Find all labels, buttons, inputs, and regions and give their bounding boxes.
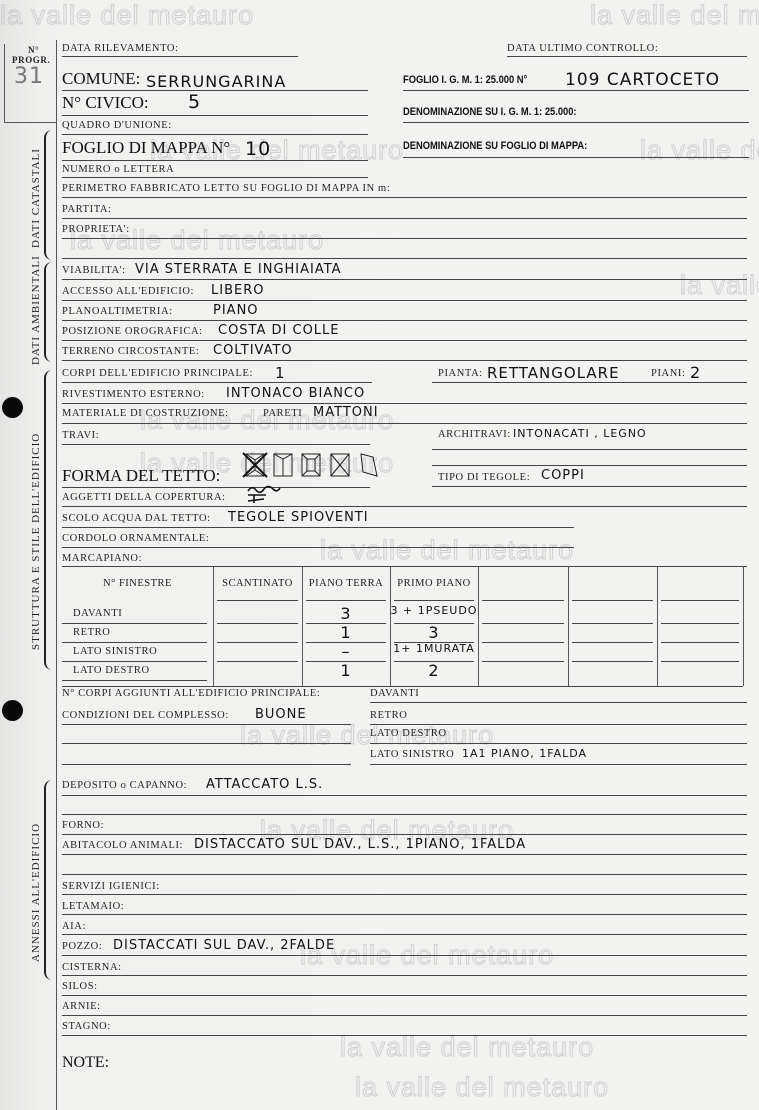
watermark: la valle del metauro xyxy=(355,1072,609,1103)
architravi-label: ARCHITRAVI: xyxy=(438,429,511,440)
forno-label: FORNO: xyxy=(62,820,104,831)
table-header-rule xyxy=(661,600,739,601)
stagno-label: STAGNO: xyxy=(62,1021,111,1032)
cisterna-label: CISTERNA: xyxy=(62,962,122,973)
pianta-field-line xyxy=(432,382,747,383)
terreno-field-line xyxy=(62,360,747,361)
watermark: la valle del metauro xyxy=(590,0,759,31)
pozzo-field-line xyxy=(62,955,747,956)
deposito-label: DEPOSITO o CAPANNO: xyxy=(62,780,187,791)
foglio-mappa-value[interactable]: 10 xyxy=(245,138,271,160)
tipo-tegole-label: TIPO DI TEGOLE: xyxy=(438,472,530,483)
plano-value[interactable]: PIANO xyxy=(213,303,259,318)
posizione-field-line xyxy=(62,340,747,341)
pareti-value[interactable]: MATTONI xyxy=(313,405,379,420)
table-header-rule xyxy=(572,600,653,601)
pozzo-label: POZZO: xyxy=(62,941,102,952)
accesso-field-line xyxy=(62,300,747,301)
deposito-value[interactable]: ATTACCATO L.S. xyxy=(206,777,323,792)
letamaio-field[interactable] xyxy=(62,914,747,915)
table-row-label: DAVANTI xyxy=(73,608,122,619)
condizioni-field-line xyxy=(62,724,351,725)
deposito-field-line2[interactable] xyxy=(62,814,747,815)
section-brace xyxy=(44,130,54,260)
table-cell-rule xyxy=(661,642,739,643)
materiale-label: MATERIALE DI COSTRUZIONE: xyxy=(62,408,229,419)
civico-label: N° CIVICO: xyxy=(62,93,149,113)
viabilita-label: VIABILITA': xyxy=(62,265,126,276)
table-cell-rule xyxy=(217,623,298,624)
data-ultimo-controllo-label: DATA ULTIMO CONTROLLO: xyxy=(507,43,658,54)
travi-label: TRAVI: xyxy=(62,430,99,441)
aggiunti-davanti-label: DAVANTI xyxy=(370,688,419,699)
prog-label-n: N° xyxy=(28,45,39,55)
table-column-divider xyxy=(743,566,744,686)
posizione-value[interactable]: COSTA DI COLLE xyxy=(218,323,340,338)
table-cell-rule xyxy=(661,623,739,624)
table-cell[interactable]: 1 xyxy=(302,661,390,680)
table-row-label: LATO DESTRO xyxy=(73,665,150,676)
cisterna-field[interactable] xyxy=(62,975,747,976)
shed-roof-icon[interactable] xyxy=(359,452,379,478)
table-cell-rule xyxy=(661,661,739,662)
scolo-value[interactable]: TEGOLE SPIOVENTI xyxy=(228,510,369,525)
section-label-ambientali: DATI AMBIENTALI xyxy=(30,255,42,365)
abitacolo-field-line xyxy=(62,854,747,855)
pareti-label: PARETI xyxy=(263,408,302,419)
denominazione-mappa-label: DENOMINAZIONE SU FOGLIO DI MAPPA: xyxy=(403,140,587,152)
plano-label: PLANOALTIMETRIA: xyxy=(62,306,173,317)
quadro-label: QUADRO D'UNIONE: xyxy=(62,120,172,131)
numero-field[interactable] xyxy=(62,177,368,178)
denominazione-igm-label: DENOMINAZIONE SU I. G. M. 1: 25.000: xyxy=(403,106,577,118)
numero-label: NUMERO o LETTERA xyxy=(62,164,174,175)
binding-hole xyxy=(2,700,23,721)
aggiunti-retro-label: RETRO xyxy=(370,710,407,721)
aggiunti-lato-sinistro-label: LATO SINISTRO xyxy=(370,749,454,760)
watermark: la valle del metauro xyxy=(680,270,759,301)
table-header-cell: PRIMO PIANO xyxy=(390,578,478,589)
comune-field-line xyxy=(62,90,368,91)
abitacolo-field-line2[interactable] xyxy=(62,874,747,875)
corpi-value[interactable]: 1 xyxy=(275,364,286,382)
pianta-value[interactable]: RETTANGOLARE xyxy=(487,364,620,382)
plano-field-line xyxy=(62,320,747,321)
aggiunti-retro-field[interactable] xyxy=(370,724,747,725)
perimetro-label: PERIMETRO FABBRICATO LETTO SU FOGLIO DI … xyxy=(62,183,390,194)
section-label-catastali: DATI CATASTALI xyxy=(30,148,42,248)
tipo-tegole-value[interactable]: COPPI xyxy=(541,468,585,483)
rivestimento-label: RIVESTIMENTO ESTERNO: xyxy=(62,389,205,400)
table-header-cell: SCANTINATO xyxy=(213,578,302,589)
binding-hole xyxy=(2,397,23,418)
table-cell[interactable]: – xyxy=(302,642,390,661)
table-header-cell: PIANO TERRA xyxy=(302,578,390,589)
table-cell[interactable]: 1 xyxy=(302,623,390,642)
materiale-field-line xyxy=(62,423,747,424)
table-row-rule xyxy=(62,661,207,662)
condizioni-field-line3[interactable] xyxy=(62,764,351,765)
margin-line xyxy=(56,40,57,1110)
architravi-field-line xyxy=(432,449,747,450)
section-brace xyxy=(44,370,54,670)
marcapiano-field[interactable] xyxy=(62,566,747,567)
arnie-label: ARNIE: xyxy=(62,1001,101,1012)
hipped-roof-icon[interactable] xyxy=(242,452,268,478)
prog-value[interactable]: 31 xyxy=(14,64,44,89)
aggiunti-lato-destro-field[interactable] xyxy=(370,743,747,744)
viabilita-value[interactable]: VIA STERRATA E INGHIAIATA xyxy=(135,262,342,277)
forma-tetto-line xyxy=(62,487,370,488)
table-cell[interactable]: 3 xyxy=(302,604,390,623)
table-cell-rule xyxy=(572,623,653,624)
gable-roof-icon[interactable] xyxy=(272,452,294,478)
note-label: NOTE: xyxy=(62,1054,109,1072)
comune-label: COMUNE: xyxy=(62,69,140,89)
table-cell[interactable]: 3 xyxy=(390,623,478,642)
condizioni-value[interactable]: BUONE xyxy=(255,707,307,722)
scolo-label: SCOLO ACQUA DAL TETTO: xyxy=(62,513,211,524)
forma-tetto-label: FORMA DEL TETTO: xyxy=(62,466,220,486)
partita-label: PARTITA: xyxy=(62,204,112,215)
silos-field[interactable] xyxy=(62,995,747,996)
silos-label: SILOS: xyxy=(62,981,98,992)
data-ultimo-controllo-field[interactable] xyxy=(507,56,747,57)
table-row-rule xyxy=(62,642,207,643)
corpi-aggiunti-label: N° CORPI AGGIUNTI ALL'EDIFICIO PRINCIPAL… xyxy=(62,688,320,699)
partita-field[interactable] xyxy=(62,218,747,219)
servizi-field[interactable] xyxy=(62,894,747,895)
aia-label: AIA: xyxy=(62,921,86,932)
pozzo-value[interactable]: DISTACCATI SUL DAV., 2FALDE xyxy=(113,938,335,953)
letamaio-label: LETAMAIO: xyxy=(62,901,124,912)
deposito-field-line xyxy=(62,795,747,796)
viabilita-field-line xyxy=(62,279,747,280)
table-header-rule xyxy=(394,600,474,601)
foglio-field-line xyxy=(62,160,368,161)
civico-value[interactable]: 5 xyxy=(188,91,201,113)
pianta-label: PIANTA: xyxy=(438,368,483,379)
table-column-divider xyxy=(478,566,479,686)
architravi-value[interactable]: INTONACATI , LEGNO xyxy=(513,427,647,440)
foglio-igm-label: FOGLIO I. G. M. 1: 25.000 N° xyxy=(403,74,527,86)
posizione-label: POSIZIONE OROGRAFICA: xyxy=(62,326,203,337)
table-cell-rule xyxy=(572,642,653,643)
table-row-label: LATO SINISTRO xyxy=(73,646,157,657)
section-brace xyxy=(44,780,54,980)
corpi-field-line xyxy=(62,382,372,383)
marcapiano-label: MARCAPIANO: xyxy=(62,553,142,564)
condizioni-field-line2[interactable] xyxy=(62,743,351,744)
table-cell[interactable]: 2 xyxy=(390,661,478,680)
arnie-field[interactable] xyxy=(62,1015,747,1016)
aggetti-field-line xyxy=(62,506,747,507)
watermark: la valle del metauro xyxy=(340,1032,594,1063)
watermark: la valle del metauro xyxy=(640,135,759,166)
accesso-value[interactable]: LIBERO xyxy=(211,283,264,298)
forno-field[interactable] xyxy=(62,834,747,835)
rivestimento-field-line xyxy=(62,403,747,404)
scolo-field-line xyxy=(62,527,574,528)
foglio-mappa-label: FOGLIO DI MAPPA N° xyxy=(62,138,230,158)
section-label-struttura: STRUTTURA E STILE DELL'EDIFICIO xyxy=(30,433,42,650)
watermark: la valle del metauro xyxy=(0,0,254,31)
table-column-divider xyxy=(568,566,569,686)
table-cell-rule xyxy=(482,623,564,624)
table-header-rule xyxy=(306,600,386,601)
proprieta-field-line2[interactable] xyxy=(62,258,747,259)
table-cell-rule xyxy=(482,661,564,662)
denominazione-igm-field[interactable] xyxy=(403,122,749,123)
terreno-label: TERRENO CIRCOSTANTE: xyxy=(62,346,199,357)
table-header-rule xyxy=(217,600,298,601)
section-brace xyxy=(44,262,54,362)
aggiunti-lato-destro-label: LATO DESTRO xyxy=(370,728,447,739)
table-cell[interactable]: 1+ 1MURATA xyxy=(390,642,478,655)
foglio-igm-field-line xyxy=(403,90,749,91)
servizi-label: SERVIZI IGIENICI: xyxy=(62,881,160,892)
condizioni-label: CONDIZIONI DEL COMPLESSO: xyxy=(62,710,229,721)
cornice-profile-sketch-icon[interactable] xyxy=(246,483,282,505)
civico-field-line xyxy=(62,115,368,116)
table-column-divider xyxy=(657,566,658,686)
table-cell-rule xyxy=(482,642,564,643)
comune-value[interactable]: SERRUNGARINA xyxy=(146,72,286,91)
accesso-label: ACCESSO ALL'EDIFICIO: xyxy=(62,286,194,297)
data-rilevamento-label: DATA RILEVAMENTO: xyxy=(62,43,179,54)
watermark: la valle del metauro xyxy=(320,535,574,566)
cross-hip-roof-icon[interactable] xyxy=(329,452,351,478)
survey-form-page: la valle del metauro la valle del metaur… xyxy=(0,0,759,1110)
table-row-rule xyxy=(62,623,207,624)
inverted-gable-roof-icon[interactable] xyxy=(300,452,322,478)
aia-field[interactable] xyxy=(62,934,747,935)
forma-tetto-right-line xyxy=(432,465,747,466)
piani-value[interactable]: 2 xyxy=(690,363,701,382)
rivestimento-value[interactable]: INTONACO BIANCO xyxy=(226,386,365,401)
abitacolo-label: ABITACOLO ANIMALI: xyxy=(62,840,183,851)
foglio-igm-value[interactable]: 109 CARTOCETO xyxy=(565,70,720,90)
abitacolo-value[interactable]: DISTACCATO SUL DAV., L.S., 1PIANO, 1FALD… xyxy=(194,837,526,852)
table-cell-rule xyxy=(217,661,298,662)
proprieta-field[interactable] xyxy=(62,238,747,239)
perimetro-field[interactable] xyxy=(62,197,747,198)
aggetti-label: AGGETTI DELLA COPERTURA: xyxy=(62,492,226,503)
denominazione-mappa-field[interactable] xyxy=(403,157,749,158)
quadro-field[interactable] xyxy=(62,134,368,135)
table-header-cell: N° FINESTRE xyxy=(62,578,213,589)
piani-label: PIANI: xyxy=(651,368,686,379)
table-row-label: RETRO xyxy=(73,627,110,638)
table-row-rule xyxy=(62,680,207,681)
cordolo-label: CORDOLO ORNAMENTALE: xyxy=(62,533,209,544)
aggiunti-lato-sinistro-value[interactable]: 1A1 PIANO, 1FALDA xyxy=(462,747,587,760)
stagno-field[interactable] xyxy=(62,1035,747,1036)
cordolo-field[interactable] xyxy=(62,547,574,548)
table-bottom-rule xyxy=(62,686,743,687)
travi-field[interactable] xyxy=(62,444,370,445)
data-rilevamento-field[interactable] xyxy=(62,56,298,57)
table-header-rule xyxy=(482,600,564,601)
proprieta-label: PROPRIETA': xyxy=(62,224,130,235)
corpi-label: CORPI DELL'EDIFICIO PRINCIPALE: xyxy=(62,368,253,379)
tipo-tegole-field-line xyxy=(432,486,747,487)
terreno-value[interactable]: COLTIVATO xyxy=(213,343,293,358)
aggiunti-lato-sinistro-field-line xyxy=(370,764,747,765)
table-cell-rule xyxy=(217,642,298,643)
section-label-annessi: ANNESSI ALL'EDIFICIO xyxy=(30,823,42,962)
aggiunti-davanti-field[interactable] xyxy=(370,702,747,703)
table-cell[interactable]: 3 + 1PSEUDO xyxy=(390,604,478,617)
table-cell-rule xyxy=(572,661,653,662)
